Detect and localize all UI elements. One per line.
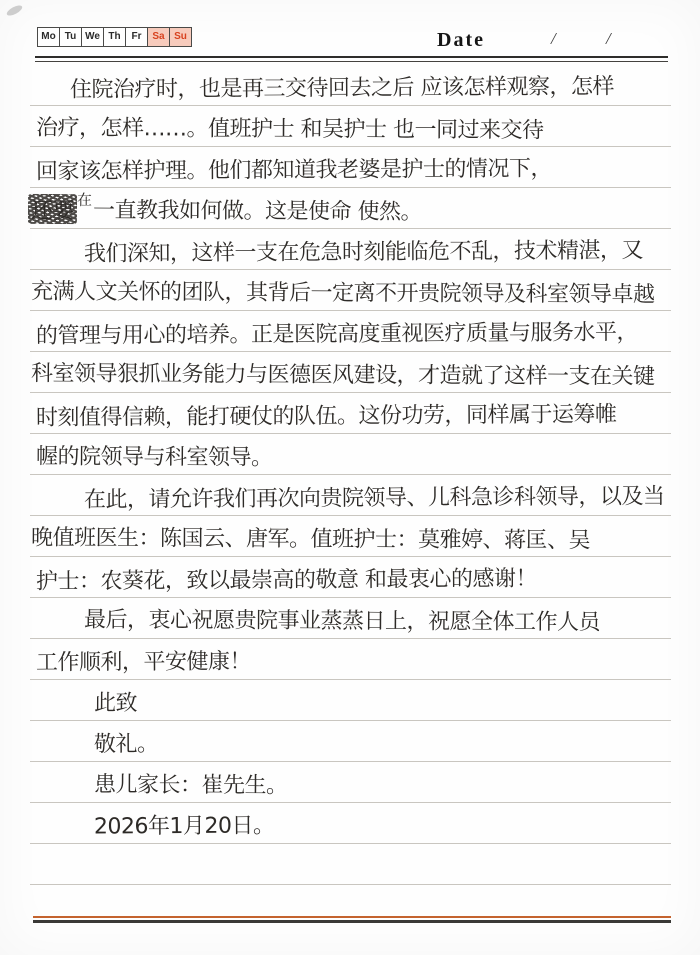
handwritten-line: 幄的院领导与科室领导。: [36, 433, 670, 474]
handwritten-line: 的管理与用心的培养。正是医院高度重视医疗质量与服务水平，: [36, 310, 670, 351]
date-separator-2: /: [606, 29, 611, 49]
handwritten-line: 最后，衷心祝愿贵院事业蒸蒸日上，祝愿全体工作人员: [36, 597, 670, 638]
weekday-th: Th: [103, 27, 126, 47]
handwritten-line: 时刻值得信赖，能打硬仗的队伍。这份功劳，同样属于运筹帷: [36, 392, 670, 433]
handwritten-line: 充满人文关怀的团队，其背后一定离不开贵院领导及科室领导卓越: [31, 269, 670, 310]
bottom-rule-accent: [33, 916, 671, 918]
handwritten-letter: 住院治疗时，也是再三交待回去之后 应该怎样观察，怎样 治疗，怎样……。值班护士 …: [36, 64, 670, 843]
weekday-we: We: [81, 27, 104, 47]
closing-line: 此致: [36, 679, 670, 720]
weekday-su: Su: [169, 27, 192, 47]
handwritten-line: 科室领导狠抓业务能力与医德医风建设，才造就了这样一支在关键: [31, 351, 670, 392]
date-line: 2026年1月20日。: [36, 802, 670, 843]
weekday-mo: Mo: [37, 27, 60, 47]
date-label: Date: [437, 29, 485, 52]
handwritten-line: 在此，请允许我们再次向贵院领导、儿科急诊科领导，以及当: [36, 474, 670, 515]
handwritten-line: 住院治疗时，也是再三交待回去之后 应该怎样观察，怎样: [36, 64, 670, 105]
weekday-header: Mo Tu We Th Fr Sa Su: [37, 27, 192, 47]
handwritten-line: 还要在一直教我如何做。这是使命 使然。: [31, 187, 670, 228]
inserted-correction: 在: [77, 189, 92, 210]
weekday-tu: Tu: [59, 27, 82, 47]
notebook-page: Mo Tu We Th Fr Sa Su Date / / 住院治疗时，也是再三…: [0, 0, 700, 955]
weekday-fr: Fr: [125, 27, 148, 47]
handwritten-line: 工作顺利，平安健康！: [36, 638, 670, 679]
struck-text: 还要: [31, 194, 74, 225]
handwritten-line: 晚值班医生：陈国云、唐军。值班护士：莫雅婷、蒋匡、吴: [31, 515, 670, 556]
scan-artifact: [5, 3, 23, 17]
handwritten-line: 治疗，怎样……。值班护士 和吴护士 也一同过来交待: [36, 105, 670, 146]
signature-line: 患儿家长：崔先生。: [36, 761, 670, 802]
handwritten-line: 我们深知，这样一支在危急时刻能临危不乱，技术精湛，又: [36, 228, 670, 269]
header-double-rule: [35, 56, 668, 62]
closing-line: 敬礼。: [36, 720, 670, 761]
bottom-rule: [33, 920, 671, 923]
handwritten-line: 回家该怎样护理。他们都知道我老婆是护士的情况下，: [36, 146, 670, 187]
weekday-sa: Sa: [147, 27, 170, 47]
date-separator-1: /: [551, 29, 556, 49]
handwritten-line: 护士：农葵花，致以最崇高的敬意 和最衷心的感谢！: [36, 556, 670, 597]
